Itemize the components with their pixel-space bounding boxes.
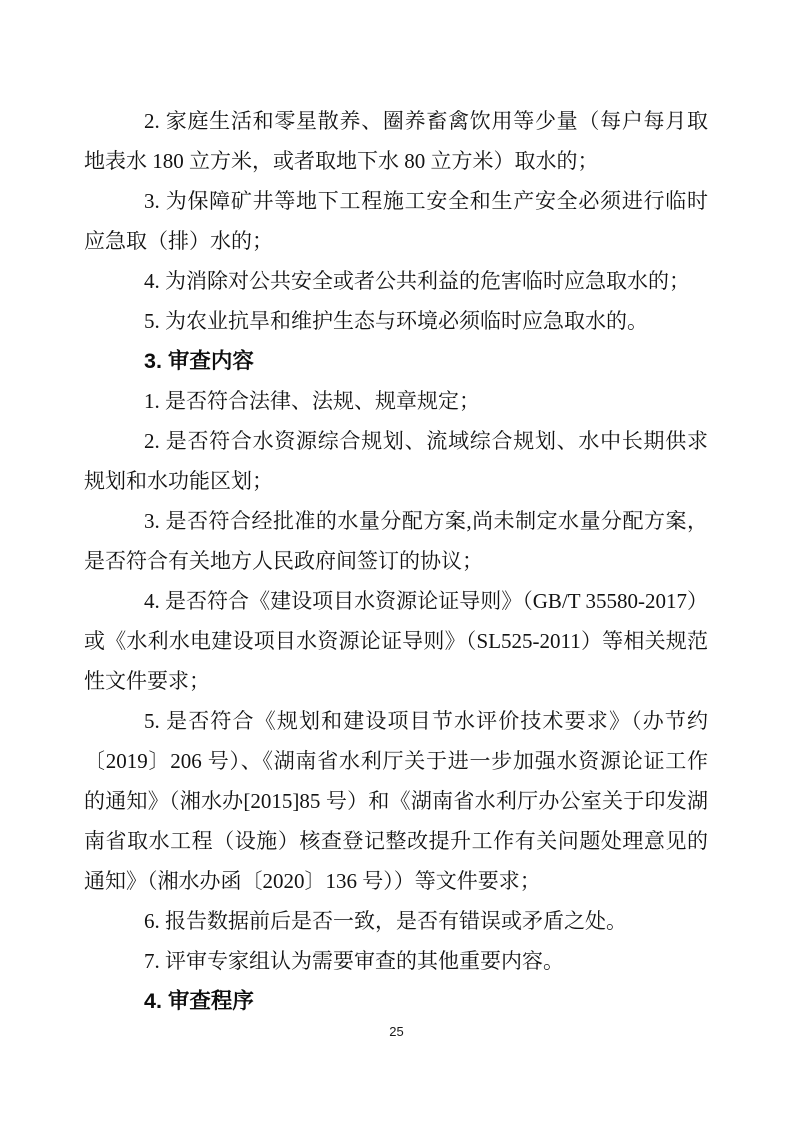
document-page: 2. 家庭生活和零星散养、圈养畜禽饮用等少量（每户每月取地表水 180 立方米，… [0,0,793,1122]
section-heading-review-procedure: 4. 审查程序 [84,981,708,1021]
paragraph-review-3-allocation: 3. 是否符合经批准的水量分配方案,尚未制定水量分配方案，是否符合有关地方人民政… [84,501,708,581]
paragraph-review-6-consistency: 6. 报告数据前后是否一致，是否有错误或矛盾之处。 [84,901,708,941]
paragraph-item-3-mine-safety: 3. 为保障矿井等地下工程施工安全和生产安全必须进行临时应急取（排）水的； [84,181,708,261]
paragraph-review-5-documents: 5. 是否符合《规划和建设项目节水评价技术要求》（办节约〔2019〕206 号）… [84,701,708,901]
document-body: 2. 家庭生活和零星散养、圈养畜禽饮用等少量（每户每月取地表水 180 立方米，… [84,101,708,1021]
page-number: 25 [0,1024,793,1039]
section-heading-review-content: 3. 审查内容 [84,341,708,381]
paragraph-item-2-household-use: 2. 家庭生活和零星散养、圈养畜禽饮用等少量（每户每月取地表水 180 立方米，… [84,101,708,181]
paragraph-item-4-public-safety: 4. 为消除对公共安全或者公共利益的危害临时应急取水的； [84,261,708,301]
paragraph-item-5-drought-ecology: 5. 为农业抗旱和维护生态与环境必须临时应急取水的。 [84,301,708,341]
paragraph-review-7-other: 7. 评审专家组认为需要审查的其他重要内容。 [84,941,708,981]
paragraph-review-4-guidelines: 4. 是否符合《建设项目水资源论证导则》（GB/T 35580-2017）或《水… [84,581,708,701]
paragraph-review-2-planning: 2. 是否符合水资源综合规划、流域综合规划、水中长期供求规划和水功能区划； [84,421,708,501]
paragraph-review-1-laws: 1. 是否符合法律、法规、规章规定； [84,381,708,421]
